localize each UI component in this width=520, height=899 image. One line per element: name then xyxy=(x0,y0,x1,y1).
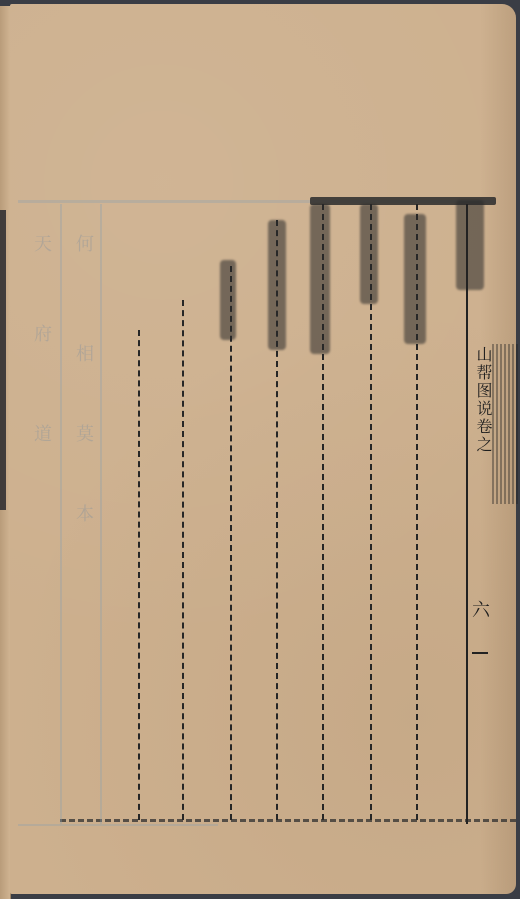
blockhead-dash xyxy=(472,652,488,654)
adjacent-page-ink xyxy=(0,210,6,510)
bleed-through-text: 道 xyxy=(28,424,54,442)
ink-smear xyxy=(360,204,378,304)
ink-smear xyxy=(310,204,330,354)
blockhead-rule xyxy=(466,204,470,824)
book-leaf: 何 天 相 莫 本 府 道 山帮图说卷之 六 xyxy=(10,4,516,894)
bleed-through-text: 相 xyxy=(70,344,96,362)
frame-bottom-faint xyxy=(18,824,218,826)
bleed-through-text: 莫 xyxy=(70,424,96,442)
frame-bottom-line xyxy=(60,819,516,822)
column-rule-faint xyxy=(100,204,102,824)
column-rule xyxy=(230,266,232,820)
bleed-through-text: 何 xyxy=(70,234,96,252)
leaf-number: 六 xyxy=(472,596,490,622)
ink-smear xyxy=(268,220,286,350)
bleed-through-text: 天 xyxy=(28,234,54,252)
blockhead-title: 山帮图说卷之 xyxy=(472,346,495,454)
blockhead-ink-noise xyxy=(492,344,520,504)
ink-smear xyxy=(456,200,484,290)
ink-smear xyxy=(404,214,426,344)
bleed-through-text: 府 xyxy=(28,324,54,342)
bleed-through-text: 本 xyxy=(70,504,96,522)
ink-smear xyxy=(220,260,236,340)
column-rule xyxy=(138,330,140,820)
column-rule-faint xyxy=(60,204,62,824)
column-rule xyxy=(182,300,184,820)
